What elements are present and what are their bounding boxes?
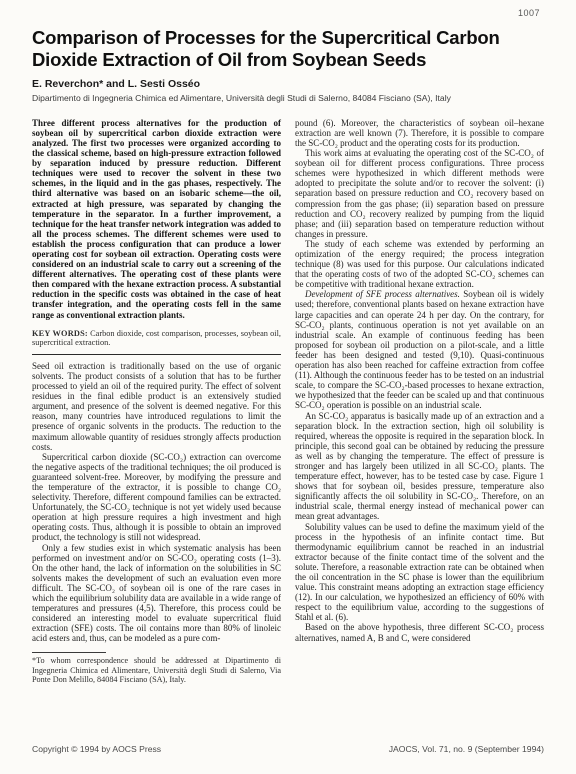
body-paragraph: An SC-CO₂ apparatus is basically made up…: [295, 411, 544, 522]
keywords-divider-rule: [32, 354, 281, 355]
paper-title: Comparison of Processes for the Supercri…: [32, 27, 544, 70]
keywords-label: KEY WORDS:: [32, 329, 88, 338]
footnote-rule: [32, 652, 106, 653]
footnote-text: *To whom correspondence should be addres…: [32, 656, 281, 684]
footer-copyright: Copyright © 1994 by AOCS Press: [32, 744, 161, 754]
body-paragraph: Only a few studies exist in which system…: [32, 543, 281, 644]
body-paragraph: Based on the above hypothesis, three dif…: [295, 622, 544, 642]
section-lead-italic: Development of SFE process alternatives.: [305, 289, 460, 299]
body-paragraph-text: Soybean oil is widely used; therefore, c…: [295, 289, 544, 410]
affiliation-line: Dipartimento di Ingegneria Chimica ed Al…: [32, 93, 544, 103]
left-column: Three different process alternatives for…: [32, 118, 281, 685]
authors-line: E. Reverchon* and L. Sesti Osséo: [32, 78, 544, 90]
paper-header: Comparison of Processes for the Supercri…: [0, 0, 576, 103]
body-paragraph: Seed oil extraction is traditionally bas…: [32, 361, 281, 452]
body-paragraph: Solubility values can be used to define …: [295, 522, 544, 623]
footer-journal-citation: JAOCS, Vol. 71, no. 9 (September 1994): [389, 744, 544, 754]
two-column-body: Three different process alternatives for…: [0, 103, 576, 685]
keywords-line: KEY WORDS: Carbon dioxide, cost comparis…: [32, 329, 281, 348]
body-paragraph: Development of SFE process alternatives.…: [295, 289, 544, 410]
body-paragraph: Supercritical carbon dioxide (SC-CO₂) ex…: [32, 452, 281, 543]
abstract-text: Three different process alternatives for…: [32, 118, 281, 320]
paper-page: 1007 Comparison of Processes for the Sup…: [0, 0, 576, 774]
body-paragraph: pound (6). Moreover, the characteristics…: [295, 118, 544, 148]
body-paragraph: The study of each scheme was extended by…: [295, 239, 544, 289]
page-footer: Copyright © 1994 by AOCS Press JAOCS, Vo…: [32, 744, 544, 754]
page-number: 1007: [518, 8, 540, 18]
body-paragraph: This work aims at evaluating the operati…: [295, 148, 544, 239]
right-column: pound (6). Moreover, the characteristics…: [295, 118, 544, 685]
